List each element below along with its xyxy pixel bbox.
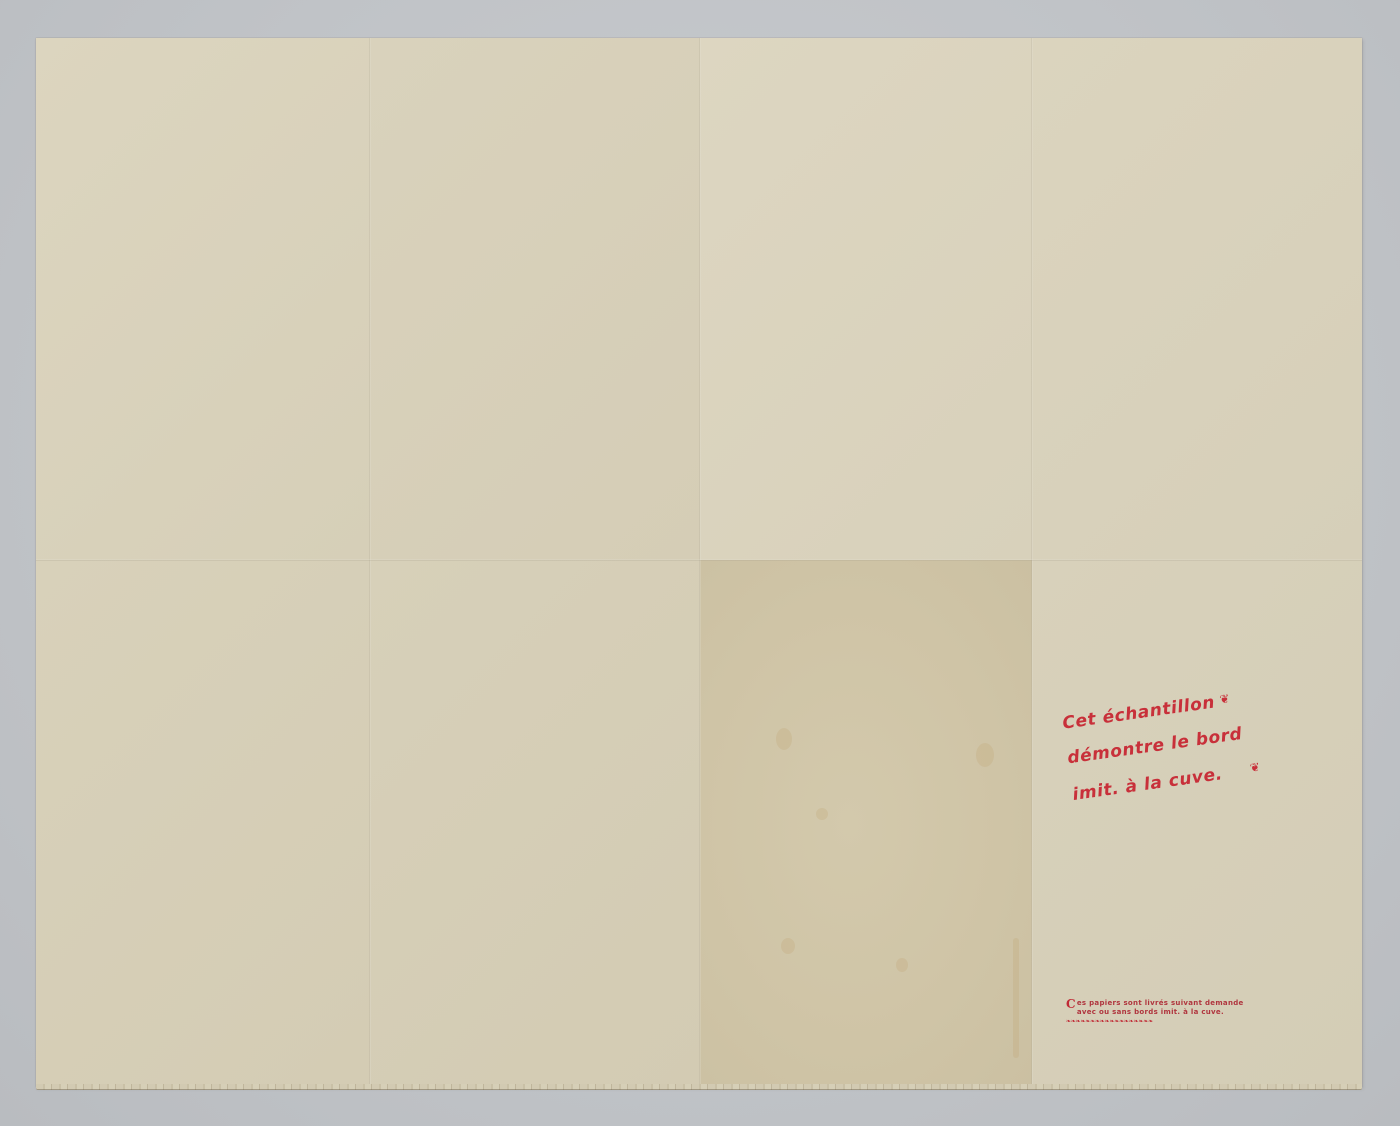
panel-top-4 — [1032, 38, 1362, 560]
footnote: C es papiers sont livrés suivant demande… — [1066, 999, 1226, 1026]
fold-line-vertical-3 — [1031, 38, 1033, 1087]
ornamental-border: ❧❧❧❧❧❧❧❧❧❧❧❧❧❧❧❧❧❧ — [1066, 1017, 1226, 1026]
fleuron-icon: ❦ — [1217, 681, 1232, 717]
panel-top-3 — [700, 38, 1032, 560]
fold-line-vertical-1 — [369, 38, 371, 1087]
panel-top-1 — [36, 38, 370, 560]
paper-stain — [816, 808, 828, 820]
paper-stain — [776, 728, 792, 750]
footnote-dropcap: C — [1066, 999, 1076, 1009]
footnote-line-1: es papiers sont livrés suivant demande — [1066, 999, 1226, 1008]
footnote-line-2: avec ou sans bords imit. à la cuve. — [1066, 1008, 1226, 1017]
paper-stain — [781, 938, 795, 954]
panel-bottom-2 — [370, 560, 700, 1087]
panel-bottom-3-yellowed — [700, 560, 1032, 1087]
paper-sheet — [36, 38, 1362, 1087]
panel-top-2 — [370, 38, 700, 560]
deckle-edge — [36, 1084, 1362, 1090]
paper-stain — [976, 743, 994, 767]
fold-line-horizontal — [36, 559, 1362, 561]
panel-bottom-1 — [36, 560, 370, 1087]
fold-line-vertical-2 — [699, 38, 701, 1087]
paper-stain — [896, 958, 908, 972]
paper-stain — [1013, 938, 1019, 1058]
fleuron-icon: ❦ — [1248, 750, 1263, 786]
